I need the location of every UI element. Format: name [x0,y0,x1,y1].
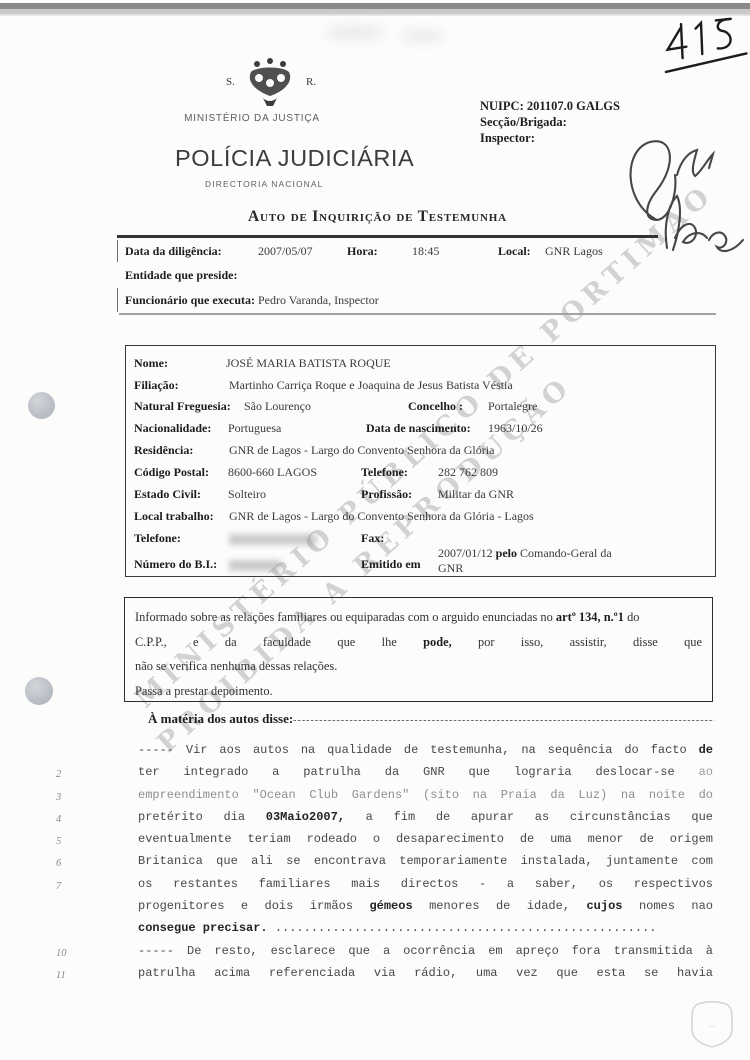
profissao-value: Militar da GNR [438,487,514,502]
punch-hole [25,677,53,705]
organization-name: POLÍCIA JUDICIÁRIA [175,145,414,172]
telefone-value: 282 762 809 [438,465,498,480]
emitido-value: 2007/01/12 pelo Comando-Geral da GNR [438,546,628,576]
deposition-line: 2ter integrado a patrulha da GNR que log… [50,765,715,787]
notice-text: C.P.P., e da faculdade que lhe [135,635,423,649]
deposition-line-text: pretérito dia 03Maio2007, a fim de apura… [138,810,713,824]
deposition-line: 6Britanica que ali se encontrava tempora… [50,854,715,876]
table-border [117,288,118,312]
emitido-entidade2: GNR [438,561,628,576]
coat-of-arms-icon [243,56,297,110]
crest-letter-r: R. [306,76,316,88]
deposition-line-text: os restantes familiares mais directos - … [138,877,713,891]
deposition-line: 3empreendimento "Ocean Club Gardens" (si… [50,788,715,810]
deposition-segment: consegue precisar. [138,921,268,935]
deposition-line-text: progenitores e dois irmãos gémeos menore… [138,899,713,913]
entidade-label: Entidade que preside: [125,268,237,283]
deposition-segment: cujos [586,899,622,913]
scan-smudge [325,26,385,40]
deposition-line-text: ----- Vir aos autos na qualidade de test… [138,743,713,757]
document-page: MINISTÉRIO PÚBLICO DE PORTIMAO PROIBIDA … [0,0,750,1060]
filiacao-label: Filiação: [134,378,179,393]
deposition-line: progenitores e dois irmãos gémeos menore… [50,899,715,921]
deposition-line: 5eventualmente teriam rodeado o desapare… [50,832,715,854]
notice-line-2: C.P.P., e da faculdade que lhe pode, por… [135,630,702,655]
codigo-postal-label: Código Postal: [134,465,209,480]
deposition-body: ----- Vir aos autos na qualidade de test… [50,743,715,988]
emitido-date: 2007/01/12 [438,546,496,560]
notice-line-1: Informado sobre as relações familiares o… [135,605,702,630]
telefone-label: Telefone: [361,465,408,480]
local-value: GNR Lagos [545,244,603,259]
notice-bold-word: pode, [423,635,452,649]
deposition-line: 7os restantes familiares mais directos -… [50,877,715,899]
nacionalidade-value: Portuguesa [228,421,281,436]
hora-label: Hora: [347,244,378,259]
fax-label: Fax: [361,531,384,546]
deposition-line: 4pretérito dia 03Maio2007, a fim de apur… [50,810,715,832]
line-number: 3 [56,792,61,803]
emitido-pelo: pelo [496,546,520,560]
deposition-line: ----- Vir aos autos na qualidade de test… [50,743,715,765]
case-reference-block: NUIPC: 201107.0 GALGS Secção/Brigada: In… [480,98,620,146]
deposition-line: 10----- De resto, esclarece que a ocorrê… [50,944,715,966]
document-title: Auto de Inquirição de Testemunha [248,208,507,226]
local-trabalho-value: GNR de Lagos - Largo do Convento Senhora… [229,509,534,524]
line-number: 11 [56,970,66,981]
handwritten-page-number [655,12,750,74]
title-rule [117,235,658,238]
deposition-segment: empreendimento "Ocean Club Gardens" (sit… [138,788,713,802]
local-label: Local: [498,244,531,259]
crest-letter-s: S. [226,76,235,88]
redacted-bi-value [229,560,281,571]
estado-civil-label: Estado Civil: [134,487,201,502]
nome-value: JOSÉ MARIA BATISTA ROQUE [226,356,391,371]
nacionalidade-label: Nacionalidade: [134,421,211,436]
legal-notice-box: Informado sobre as relações familiares o… [124,597,713,702]
residencia-value: GNR de Lagos - Largo do Convento Senhora… [229,443,494,458]
estado-civil-value: Solteiro [228,487,266,502]
residencia-label: Residência: [134,443,193,458]
faint-shield-stamp-icon: ... [688,998,736,1050]
notice-line-4: Passa a prestar depoimento. [135,679,702,704]
notice-text: Informado sobre as relações familiares o… [135,610,556,624]
data-diligencia-value: 2007/05/07 [258,244,313,259]
hora-value: 18:45 [412,244,439,259]
svg-text:...: ... [708,1019,716,1029]
materia-heading: À matéria dos autos disse: -------------… [148,711,714,727]
deposition-segment: de [699,743,713,757]
filiacao-value: Martinho Carriça Roque e Joaquina de Jes… [229,378,513,393]
data-diligencia-label: Data da diligência: [125,244,222,259]
codigo-postal-value: 8600-660 LAGOS [228,465,317,480]
profissao-label: Profissão: [361,487,412,502]
ministry-name: MINISTÉRIO DA JUSTIÇA [152,113,352,124]
deposition-segment: Britanica que ali se encontrava temporar… [138,854,713,868]
deposition-segment: patrulha acima referenciada via rádio, u… [138,966,713,980]
deposition-line: 11patrulha acima referenciada via rádio,… [50,966,715,988]
emitido-label: Emitido em [361,557,421,572]
deposition-line: consegue precisar. .....................… [50,921,715,943]
line-number: 5 [56,836,61,847]
funcionario-label: Funcionário que executa: [125,293,255,308]
concelho-value: Portalegre [488,399,537,414]
deposition-segment: menores de idade, [413,899,587,913]
table-border [117,240,118,262]
notice-article-ref: artº 134, n.º1 [556,610,624,624]
redacted-phone-value [229,534,317,545]
notice-text: por isso, assistir, disse que [452,635,702,649]
witness-identity-table: Nome: JOSÉ MARIA BATISTA ROQUE Filiação:… [125,345,716,577]
notice-text: do [624,610,640,624]
deposition-segment: gémeos [369,899,412,913]
deposition-line-text: consegue precisar. .....................… [138,921,713,935]
line-number: 2 [56,769,61,780]
deposition-segment: eventualmente teriam rodeado o desaparec… [138,832,713,846]
freguesia-value: São Lourenço [244,399,311,414]
division-name: DIRECTORIA NACIONAL [205,179,324,189]
deposition-line-text: patrulha acima referenciada via rádio, u… [138,966,713,980]
deposition-line-text: Britanica que ali se encontrava temporar… [138,854,713,868]
deposition-segment: ----- De resto, esclarece que a ocorrênc… [138,944,713,958]
line-number: 4 [56,814,61,825]
deposition-line-text: empreendimento "Ocean Club Gardens" (sit… [138,788,713,802]
deposition-segment: os restantes familiares mais directos - … [138,877,713,891]
scan-smudge [400,30,445,42]
concelho-label: Concelho : [408,399,463,414]
telefone2-label: Telefone: [134,531,181,546]
freguesia-label: Natural Freguesia: [134,399,231,414]
line-number: 6 [56,858,61,869]
deposition-segment: nomes nao [623,899,714,913]
deposition-line-text: ter integrado a patrulha da GNR que logr… [138,765,713,779]
emitido-entidade: Comando-Geral da [520,546,612,560]
deposition-line-text: ----- De resto, esclarece que a ocorrênc… [138,944,713,958]
deposition-segment: a fim de apurar as circunstâncias que [345,810,713,824]
nuipc-line: NUIPC: 201107.0 GALGS [480,98,620,114]
materia-leader-dashes: ----------------------------------------… [293,715,714,726]
deposition-segment: ........................................… [268,921,657,935]
deposition-line-text: eventualmente teriam rodeado o desaparec… [138,832,713,846]
materia-label: À matéria dos autos disse: [148,711,293,727]
deposition-segment: progenitores e dois irmãos [138,899,369,913]
deposition-segment: ter integrado a patrulha da GNR que logr… [138,765,699,779]
line-number: 7 [56,881,61,892]
punch-hole [28,392,55,419]
funcionario-value: Pedro Varanda, Inspector [258,293,379,308]
nascimento-label: Data de nascimento: [366,421,471,436]
notice-line-3: não se verifica nenhuma dessas relações. [135,654,702,679]
inspector-line: Inspector: [480,130,620,146]
table-bottom-rule [119,313,716,315]
local-trabalho-label: Local trabalho: [134,509,214,524]
deposition-segment: ----- Vir aos autos na qualidade de test… [138,743,699,757]
bi-label: Número do B.I.: [134,557,217,572]
deposition-segment: 03Maio2007, [266,810,345,824]
seccao-line: Secção/Brigada: [480,114,620,130]
nascimento-value: 1963/10/26 [488,421,543,436]
nome-label: Nome: [134,356,168,371]
deposition-segment: pretérito dia [138,810,266,824]
line-number: 10 [56,948,67,959]
scan-edge-band [0,3,750,16]
deposition-segment: ao [699,765,713,779]
